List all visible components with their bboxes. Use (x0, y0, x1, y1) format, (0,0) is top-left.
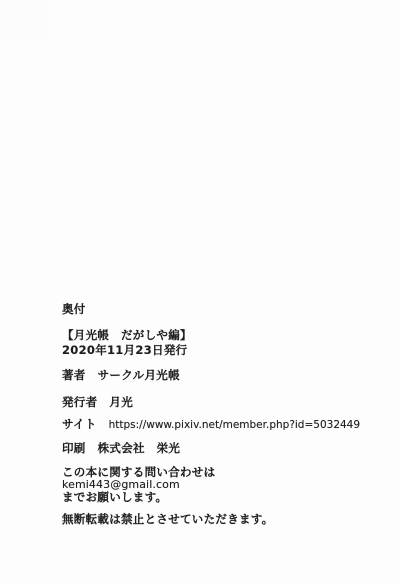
scan-artifact (0, 0, 48, 42)
printer-label: 印刷 (62, 442, 86, 454)
printer-row: 印刷株式会社 栄光 (62, 442, 392, 454)
site-label: サイト (62, 418, 97, 430)
site-row: サイトhttps://www.pixiv.net/member.php?id=5… (62, 418, 392, 430)
publication-date: 2020年11月23日発行 (62, 344, 392, 356)
author-row: 著者サークル月光帳 (62, 369, 392, 381)
publisher-row: 発行者月光 (62, 396, 392, 408)
publisher-name: 月光 (109, 395, 133, 409)
publisher-label: 発行者 (62, 396, 97, 408)
author-name: サークル月光帳 (98, 368, 180, 382)
colophon-heading: 奥付 (62, 303, 392, 315)
book-title: 【月光帳 だがしや編】 (62, 329, 392, 341)
site-url: https://www.pixiv.net/member.php?id=5032… (109, 419, 360, 431)
author-label: 著者 (62, 369, 86, 381)
scanned-colophon-page: 奥付 【月光帳 だがしや編】 2020年11月23日発行 著者サークル月光帳 発… (0, 0, 400, 584)
contact-line-2: までお願いします。 (62, 491, 392, 503)
contact-line-1: この本に関する問い合わせは (62, 466, 392, 478)
colophon-block: 奥付 【月光帳 だがしや編】 2020年11月23日発行 著者サークル月光帳 発… (62, 303, 392, 525)
printer-name: 株式会社 栄光 (98, 441, 181, 455)
reprint-notice: 無断転載は禁止とさせていただきます。 (62, 513, 392, 525)
